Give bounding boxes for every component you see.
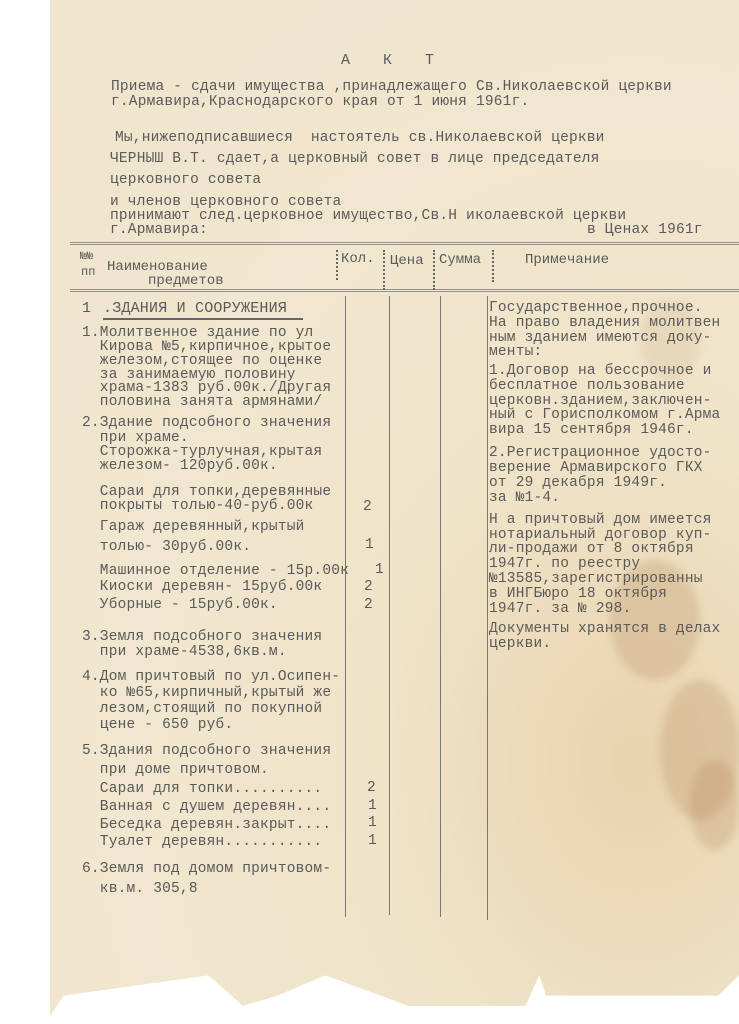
intro-line-6: г.Армавира: [110,223,208,238]
header-divider [492,250,494,282]
intro-line-2: ЧЕРНЫШ В.Т. сдает,а церковный совет в ли… [110,152,600,167]
intro-line-1: Мы,нижеподписавшиеся настоятель св.Никол… [115,131,605,146]
item-line: 6.Земля под домом причтовом- [82,862,331,877]
item-line: железом- 120руб.00к. [82,459,278,474]
item-line: при храме-4538,6кв.м. [82,645,287,660]
item-line: Киоски деревян- 15руб.00к [82,580,322,595]
header-bottom-rule [70,289,739,292]
item-line: Беседка деревян.закрыт.... [82,818,331,833]
header-num-top: №№ [80,252,93,263]
header-divider [383,250,385,290]
item-line: половина занята армянами/ [82,395,322,410]
note-line: в ИНГБюро 18 октября [489,587,667,602]
document-title: А К Т [341,52,446,69]
item-qty: 2 [367,780,376,796]
item-qty: 1 [365,537,374,553]
note-line: 1.Договор на бессрочное и [489,364,712,379]
subtitle-line-1: Приема - сдачи имущества ,принадлежащего… [111,80,672,95]
intro-line-3: церковного совета [110,173,261,188]
note-line: Н а причтовый дом имеется [489,513,712,528]
item-line: лезом,стоящий по покупной [82,702,322,717]
note-line: верение Армавирского ГКХ [489,461,703,476]
item-line: Сараи для топки.......... [82,782,322,797]
item-line: Машинное отделение - 15р.00к [82,564,349,579]
prices-note: в Ценах 1961г [587,223,703,238]
header-top-rule [70,242,739,245]
header-divider [433,250,435,290]
item-qty: 2 [364,579,373,595]
note-line: №13585,зарегистрированны [489,572,703,587]
item-line: при доме причтовом. [82,763,269,778]
note-line: ный с Горисполкомом г.Арма [489,408,720,423]
section-number: 1 [82,301,91,316]
note-line: менты: [489,345,542,360]
note-line: ли-продажи от 8 октября [489,542,694,557]
note-line: 2.Регистрационное удосто- [489,446,712,461]
note-line: На право владения молитвен [489,316,720,331]
section-title: .ЗДАНИЯ И СООРУЖЕНИЯ [103,301,287,316]
header-name-bottom: предметов [148,273,224,289]
header-note: Примечание [525,252,609,268]
item-line: ко №65,кирпичный,крытый же [82,686,331,701]
header-num-bottom: пп [81,265,95,279]
item-line: толью- 30руб.00к. [82,540,251,555]
item-qty: 2 [364,597,373,613]
column-rule-sum [440,296,441,917]
item-line: Туалет деревян........... [82,835,322,850]
note-line: Государственное,прочное. [489,301,703,316]
note-line: от 29 декабря 1949г. [489,476,667,491]
item-line: Уборные - 15руб.00к. [82,598,278,613]
subtitle-line-2: г.Армавира,Краснодарского края от 1 июня… [111,95,529,110]
section-underline [103,318,303,320]
note-line: 1947г. по реестру [489,557,640,572]
column-rule-qty [345,296,346,917]
item-line: 4.Дом причтовый по ул.Осипен- [82,670,340,685]
item-line: 5.Здания подсобного значения [82,744,331,759]
item-line: покрыты толью-40-руб.00к [82,499,313,514]
note-line: 1947г. за № 298. [489,602,631,617]
note-line: Документы хранятся в делах [489,622,720,637]
item-qty: 1 [368,815,377,831]
item-line: 3.Земля подсобного значения [82,630,322,645]
item-qty: 2 [363,499,372,515]
item-qty: 1 [375,562,384,578]
item-line: Ванная с душем деревян.... [82,800,331,815]
item-line: 2.Здание подсобного значения [82,416,331,431]
header-sum: Сумма [439,252,481,268]
item-line: цене - 650 руб. [82,718,233,733]
note-line: вира 15 сентября 1946г. [489,423,694,438]
note-line: бесплатное пользование [489,379,685,394]
column-rule-note [487,296,488,920]
item-line: кв.м. 305,8 [82,882,198,897]
item-qty: 1 [368,798,377,814]
header-divider [336,250,338,280]
header-price: Цена [390,253,424,269]
column-rule-price [389,296,390,915]
header-qty: Кол. [341,251,375,267]
note-line: за №1-4. [489,491,560,506]
note-line: церкви. [489,637,551,652]
item-line: Гараж деревянный,крытый [82,520,305,535]
item-qty: 1 [368,833,377,849]
